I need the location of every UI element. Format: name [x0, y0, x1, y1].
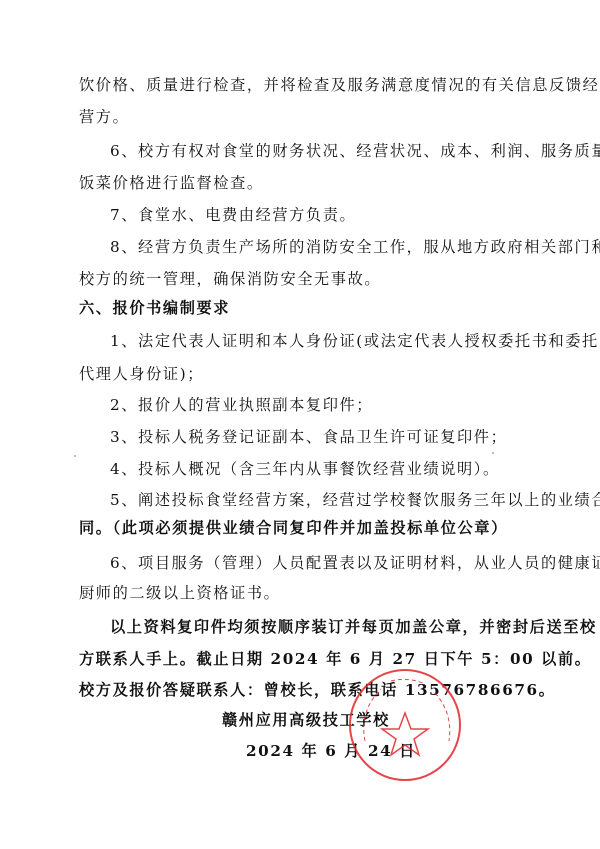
requirement-2: 2、报价人的营业执照副本复印件；	[110, 395, 560, 415]
signature-organization: 赣州应用高级技工学校	[222, 710, 600, 730]
requirement-3: 3、投标人税务登记证副本、食品卫生许可证复印件；	[110, 427, 560, 447]
clause-6: 6、校方有权对食堂的财务状况、经营状况、成本、利润、服务质量、	[110, 141, 560, 161]
text-line: 代理人身份证)；	[79, 364, 529, 384]
section-heading: 六、报价书编制要求	[79, 298, 529, 318]
text-line: 校方的统一管理，确保消防安全无事故。	[79, 269, 529, 289]
clause-7: 7、食堂水、电费由经营方负责。	[110, 205, 560, 225]
requirement-6: 6、项目服务（管理）人员配置表以及证明材料，从业人员的健康证、	[110, 553, 560, 573]
text-line: 饭菜价格进行监督检查。	[79, 173, 529, 193]
scan-speck	[492, 452, 494, 454]
contact-line: 校方及报价答疑联系人：曾校长，联系电话 13576786676。	[79, 680, 529, 700]
requirement-5-note: 同。（此项必须提供业绩合同复印件并加盖投标单位公章）	[79, 518, 529, 538]
requirement-5: 5、阐述投标食堂经营方案，经营过学校餐饮服务三年以上的业绩合	[110, 490, 560, 510]
signature-date: 2024 年 6 月 24 日	[246, 741, 600, 761]
requirement-4: 4、投标人概况（含三年内从事餐饮经营业绩说明）。	[110, 459, 560, 479]
requirement-1: 1、法定代表人证明和本人身份证(或法定代表人授权委托书和委托	[110, 331, 560, 351]
document-page: 饮价格、质量进行检查，并将检查及服务满意度情况的有关信息反馈经 营方。 6、校方…	[0, 0, 600, 849]
submission-note: 以上资料复印件均须按顺序装订并每页加盖公章，并密封后送至校	[110, 617, 560, 637]
text-line: 营方。	[79, 107, 529, 127]
scan-speck	[74, 455, 76, 457]
text-line: 厨师的二级以上资格证书。	[79, 583, 529, 603]
clause-8: 8、经营方负责生产场所的消防安全工作，服从地方政府相关部门和	[110, 237, 560, 257]
text-line: 饮价格、质量进行检查，并将检查及服务满意度情况的有关信息反馈经	[79, 75, 529, 95]
deadline-line: 方联系人手上。截止日期 2024 年 6 月 27 日下午 5：00 以前。	[79, 649, 529, 669]
